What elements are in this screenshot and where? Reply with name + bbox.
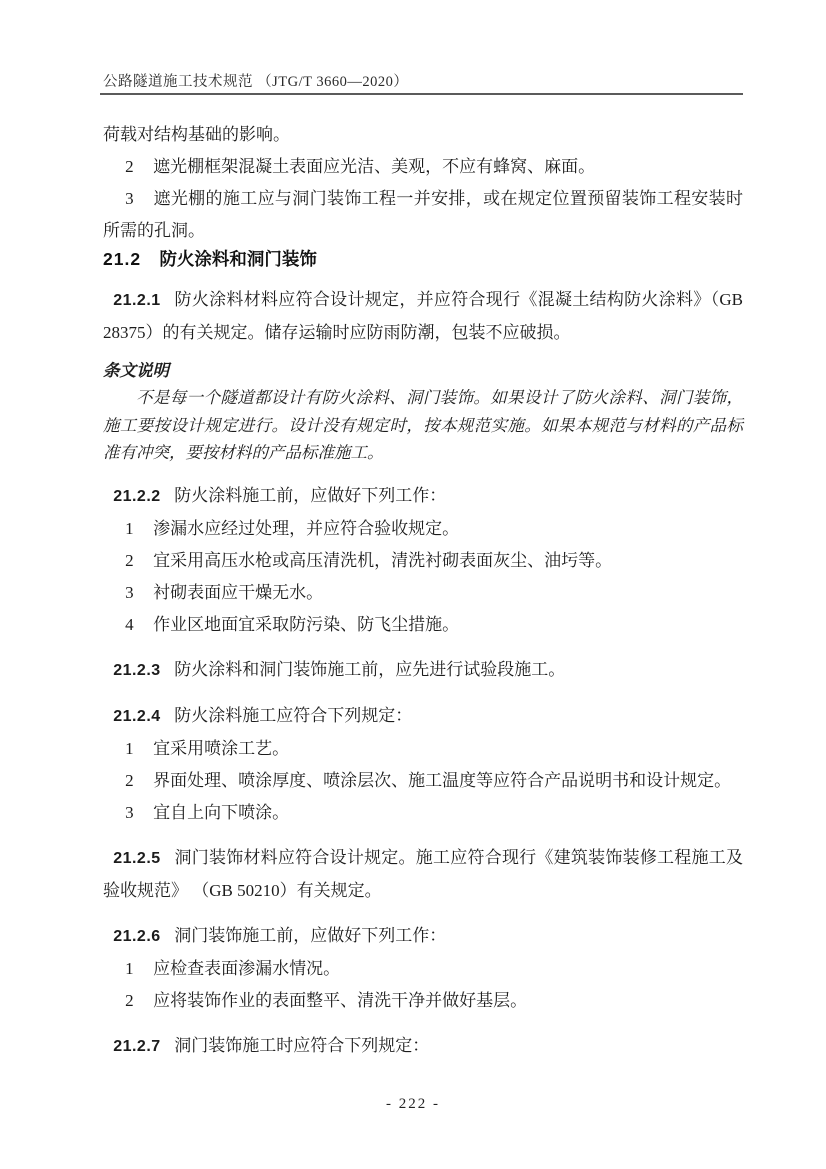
- clause-21-2-2: 21.2.2防火涂料施工前，应做好下列工作： 1渗漏水应经过处理，并应符合验收规…: [103, 480, 743, 641]
- list-item-text: 遮光棚的施工应与洞门装饰工程一并安排，或在规定位置预留装饰工程安装时所需的孔洞。: [103, 189, 743, 240]
- list-item: 1渗漏水应经过处理，并应符合验收规定。: [103, 513, 743, 545]
- list-item-text: 宜自上向下喷涂。: [153, 803, 289, 822]
- clause-text: 洞门装饰施工前，应做好下列工作：: [174, 926, 446, 945]
- list-item: 3遮光棚的施工应与洞门装饰工程一并安排，或在规定位置预留装饰工程安装时所需的孔洞…: [103, 183, 743, 247]
- list-item-number: 4: [125, 615, 134, 634]
- clause-text: 洞门装饰材料应符合设计规定。施工应符合现行《建筑装饰装修工程施工及验收规范》 （…: [103, 848, 743, 900]
- list-item-text: 宜采用喷涂工艺。: [153, 739, 289, 758]
- section-heading: 21.2防火涂料和洞门装饰: [103, 247, 743, 271]
- list-item: 2宜采用高压水枪或高压清洗机，清洗衬砌表面灰尘、油圬等。: [103, 545, 743, 577]
- page-number: - 222 -: [0, 1096, 826, 1113]
- clause-number: 21.2.6: [113, 928, 160, 945]
- list-item-number: 2: [125, 157, 134, 176]
- list-item-text: 衬砌表面应干燥无水。: [153, 583, 323, 602]
- list-item-text: 渗漏水应经过处理，并应符合验收规定。: [153, 519, 459, 538]
- paragraph-continuation: 荷载对结构基础的影响。: [103, 119, 743, 151]
- clause-paragraph: 21.2.2防火涂料施工前，应做好下列工作：: [103, 480, 743, 513]
- header-rule: [100, 93, 743, 95]
- clause-number: 21.2.5: [113, 850, 160, 867]
- clause-paragraph: 21.2.5洞门装饰材料应符合设计规定。施工应符合现行《建筑装饰装修工程施工及验…: [103, 842, 743, 907]
- list-item-number: 1: [125, 959, 134, 978]
- clause-text: 防火涂料材料应符合设计规定，并应符合现行《混凝土结构防火涂料》（GB 28375…: [103, 290, 743, 342]
- list-item: 1宜采用喷涂工艺。: [103, 733, 743, 765]
- list-item-number: 1: [125, 519, 134, 538]
- clause-paragraph: 21.2.7洞门装饰施工时应符合下列规定：: [103, 1030, 743, 1063]
- list-item-number: 3: [125, 189, 134, 208]
- clause-21-2-5: 21.2.5洞门装饰材料应符合设计规定。施工应符合现行《建筑装饰装修工程施工及验…: [103, 842, 743, 907]
- clause-text: 防火涂料和洞门装饰施工前，应先进行试验段施工。: [174, 660, 565, 679]
- list-item-number: 1: [125, 739, 134, 758]
- list-item-number: 2: [125, 991, 134, 1010]
- list-item-number: 2: [125, 551, 134, 570]
- section-number: 21.2: [103, 249, 141, 269]
- clause-text: 防火涂料施工应符合下列规定：: [174, 706, 412, 725]
- commentary-text: 不是每一个隧道都设计有防火涂料、洞门装饰。如果设计了防火涂料、洞门装饰，施工要按…: [103, 384, 743, 467]
- list-item: 4作业区地面宜采取防污染、防飞尘措施。: [103, 609, 743, 641]
- list-item-text: 应检查表面渗漏水情况。: [153, 959, 340, 978]
- clause-paragraph: 21.2.4防火涂料施工应符合下列规定：: [103, 700, 743, 733]
- list-item: 2界面处理、喷涂厚度、喷涂层次、施工温度等应符合产品说明书和设计规定。: [103, 765, 743, 797]
- list-item-text: 作业区地面宜采取防污染、防飞尘措施。: [153, 615, 459, 634]
- list-item-number: 3: [125, 803, 134, 822]
- list-item: 2应将装饰作业的表面整平、清洗干净并做好基层。: [103, 985, 743, 1017]
- clause-21-2-7: 21.2.7洞门装饰施工时应符合下列规定：: [103, 1030, 743, 1063]
- clause-text: 洞门装饰施工时应符合下列规定：: [174, 1036, 429, 1055]
- page-body: 荷载对结构基础的影响。 2遮光棚框架混凝土表面应光洁、美观，不应有蜂窝、麻面。 …: [103, 119, 743, 1063]
- list-item: 1应检查表面渗漏水情况。: [103, 953, 743, 985]
- clause-paragraph: 21.2.6洞门装饰施工前，应做好下列工作：: [103, 920, 743, 953]
- clause-number: 21.2.4: [113, 708, 160, 725]
- list-item-text: 宜采用高压水枪或高压清洗机，清洗衬砌表面灰尘、油圬等。: [153, 551, 612, 570]
- section-title: 防火涂料和洞门装饰: [159, 249, 317, 269]
- running-header: 公路隧道施工技术规范 （JTG/T 3660—2020）: [103, 70, 743, 91]
- clause-number: 21.2.7: [113, 1038, 160, 1055]
- list-item: 3宜自上向下喷涂。: [103, 797, 743, 829]
- list-item-text: 界面处理、喷涂厚度、喷涂层次、施工温度等应符合产品说明书和设计规定。: [153, 771, 731, 790]
- clause-number: 21.2.1: [113, 292, 160, 309]
- clause-paragraph: 21.2.3防火涂料和洞门装饰施工前，应先进行试验段施工。: [103, 654, 743, 687]
- list-item-text: 应将装饰作业的表面整平、清洗干净并做好基层。: [153, 991, 527, 1010]
- clause-paragraph: 21.2.1防火涂料材料应符合设计规定，并应符合现行《混凝土结构防火涂料》（GB…: [103, 284, 743, 349]
- clause-21-2-4: 21.2.4防火涂料施工应符合下列规定： 1宜采用喷涂工艺。 2界面处理、喷涂厚…: [103, 700, 743, 829]
- list-item-text: 遮光棚框架混凝土表面应光洁、美观，不应有蜂窝、麻面。: [153, 157, 595, 176]
- list-item-number: 2: [125, 771, 134, 790]
- commentary-section: 条文说明 不是每一个隧道都设计有防火涂料、洞门装饰。如果设计了防火涂料、洞门装饰…: [103, 357, 743, 467]
- clause-21-2-6: 21.2.6洞门装饰施工前，应做好下列工作： 1应检查表面渗漏水情况。 2应将装…: [103, 920, 743, 1017]
- clause-number: 21.2.3: [113, 662, 160, 679]
- list-item: 3衬砌表面应干燥无水。: [103, 577, 743, 609]
- list-item: 2遮光棚框架混凝土表面应光洁、美观，不应有蜂窝、麻面。: [103, 151, 743, 183]
- document-page: 公路隧道施工技术规范 （JTG/T 3660—2020） 荷载对结构基础的影响。…: [0, 0, 826, 1169]
- clause-number: 21.2.2: [113, 488, 160, 505]
- clause-text: 防火涂料施工前，应做好下列工作：: [174, 486, 446, 505]
- commentary-label: 条文说明: [103, 357, 743, 384]
- clause-21-2-1: 21.2.1防火涂料材料应符合设计规定，并应符合现行《混凝土结构防火涂料》（GB…: [103, 284, 743, 349]
- list-item-number: 3: [125, 583, 134, 602]
- clause-21-2-3: 21.2.3防火涂料和洞门装饰施工前，应先进行试验段施工。: [103, 654, 743, 687]
